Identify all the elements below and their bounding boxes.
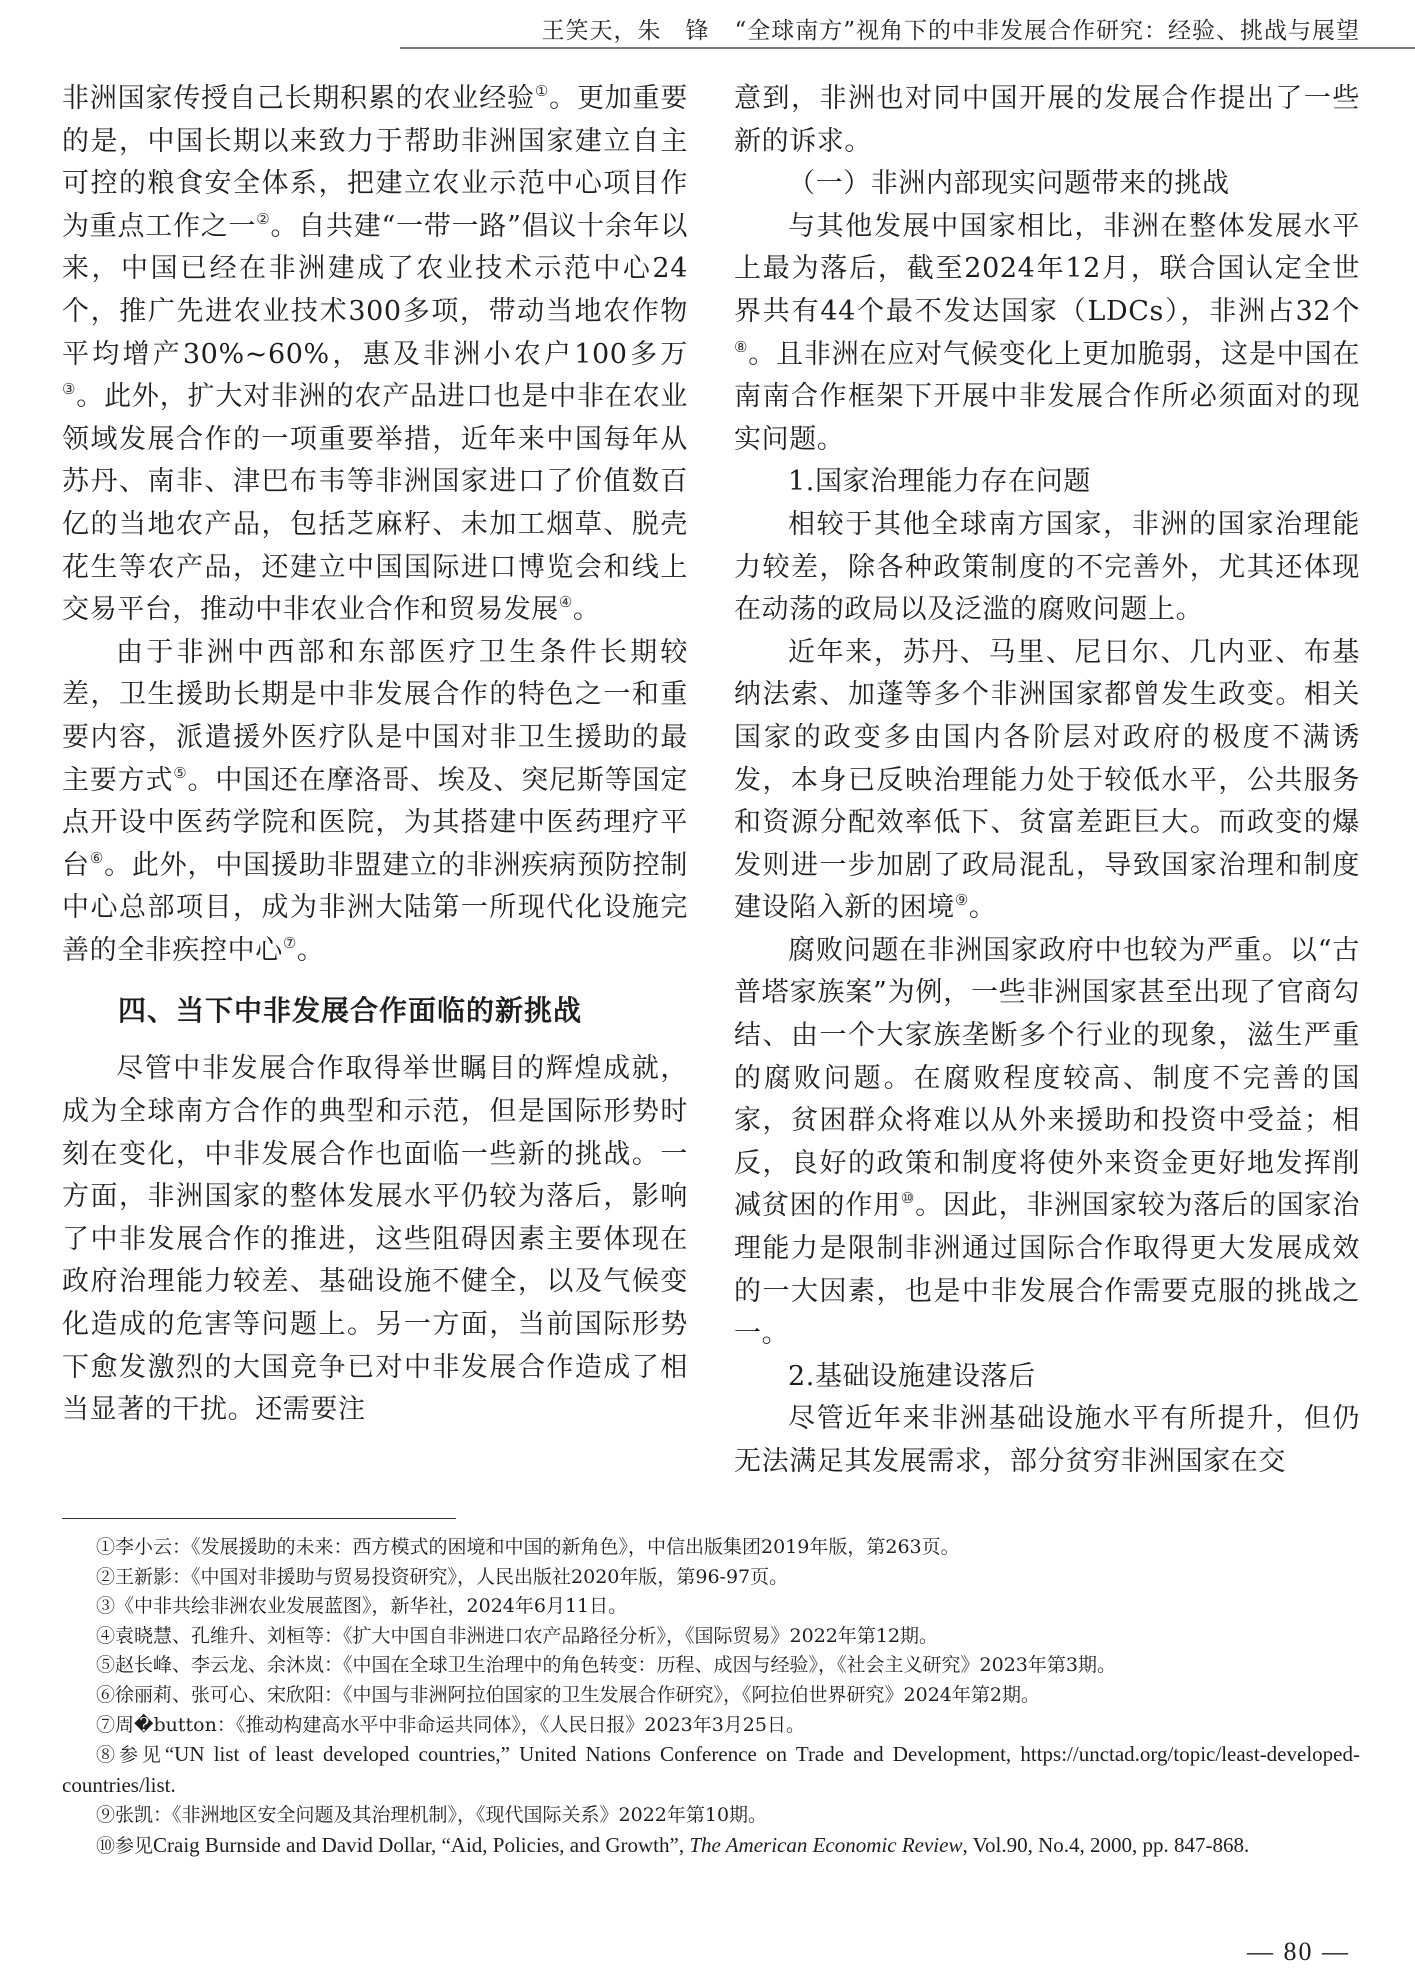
paragraph: 相较于其他全球南方国家，非洲的国家治理能力较差，除各种政策制度的不完善外，尤其还… <box>734 504 1360 632</box>
header-authors: 王笑天，朱 锋 <box>542 18 710 44</box>
footnote: ⑩参见Craig Burnside and David Dollar, “Aid… <box>62 1831 1360 1862</box>
footnote-ref[interactable]: ④ <box>559 593 573 611</box>
footnote-ref[interactable]: ⑦ <box>283 934 297 952</box>
paragraph: 尽管近年来非洲基础设施水平有所提升，但仍无法满足其发展需求，部分贫穷非洲国家在交 <box>734 1398 1360 1483</box>
paragraph: 非洲国家传授自己长期积累的农业经验①。更加重要的是，中国长期以来致力于帮助非洲国… <box>62 78 688 632</box>
footnote: ⑤赵长峰、李云龙、余沐岚：《中国在全球卫生治理中的角色转变：历程、成因与经验》，… <box>62 1651 1360 1681</box>
subsection-heading: （一）非洲内部现实问题带来的挑战 <box>734 163 1360 206</box>
paragraph: 与其他发展中国家相比，非洲在整体发展水平上最为落后，截至2024年12月，联合国… <box>734 206 1360 462</box>
paragraph: 尽管中非发展合作取得举世瞩目的辉煌成就，成为全球南方合作的典型和示范，但是国际形… <box>62 1048 688 1431</box>
left-column: 非洲国家传授自己长期积累的农业经验①。更加重要的是，中国长期以来致力于帮助非洲国… <box>62 78 688 1432</box>
footnote-ref[interactable]: ⑨ <box>955 891 969 909</box>
footnote: ②王新影：《中国对非援助与贸易投资研究》，人民出版社2020年版，第96-97页… <box>62 1563 1360 1593</box>
footnote-ref[interactable]: ⑥ <box>90 848 104 866</box>
footnote: ④袁晓慧、孔维升、刘桓等：《扩大中国自非洲进口农产品路径分析》，《国际贸易》20… <box>62 1622 1360 1652</box>
footnote: ⑥徐丽莉、张可心、宋欣阳：《中国与非洲阿拉伯国家的卫生发展合作研究》，《阿拉伯世… <box>62 1681 1360 1711</box>
paragraph: 近年来，苏丹、马里、尼日尔、几内亚、布基纳法索、加蓬等多个非洲国家都曾发生政变。… <box>734 632 1360 930</box>
paragraph: 意到，非洲也对同中国开展的发展合作提出了一些新的诉求。 <box>734 78 1360 163</box>
right-column: 意到，非洲也对同中国开展的发展合作提出了一些新的诉求。 （一）非洲内部现实问题带… <box>734 78 1360 1484</box>
paragraph: 由于非洲中西部和东部医疗卫生条件长期较差，卫生援助长期是中非发展合作的特色之一和… <box>62 632 688 973</box>
running-header: 王笑天，朱 锋 “全球南方”视角下的中非发展合作研究：经验、挑战与展望 <box>542 12 1360 45</box>
footnote: ⑦周�button：《推动构建高水平中非命运共同体》，《人民日报》2023年3月… <box>62 1711 1360 1741</box>
footnote-ref[interactable]: ② <box>256 210 270 228</box>
subsection-heading: 1.国家治理能力存在问题 <box>734 461 1360 504</box>
footnote-ref[interactable]: ③ <box>62 380 76 398</box>
page-number: — 80 — <box>1247 1937 1350 1967</box>
section-heading: 四、当下中非发展合作面临的新挑战 <box>62 990 688 1032</box>
footnote: ③《中非共绘非洲农业发展蓝图》，新华社，2024年6月11日。 <box>62 1592 1360 1622</box>
footnotes: ①李小云：《发展援助的未来：西方模式的困境和中国的新角色》，中信出版集团2019… <box>62 1533 1360 1862</box>
header-article-title: “全球南方”视角下的中非发展合作研究：经验、挑战与展望 <box>734 18 1360 44</box>
footnote-separator <box>62 1518 456 1519</box>
subsection-heading: 2.基础设施建设落后 <box>734 1356 1360 1399</box>
footnote: ⑧参见“UN list of least developed countries… <box>62 1740 1360 1801</box>
footnote-ref[interactable]: ⑩ <box>901 1189 915 1207</box>
footnote: ①李小云：《发展援助的未来：西方模式的困境和中国的新角色》，中信出版集团2019… <box>62 1533 1360 1563</box>
header-rule <box>400 47 1415 49</box>
paragraph: 腐败问题在非洲国家政府中也较为严重。以“古普塔家族案”为例，一些非洲国家甚至出现… <box>734 930 1360 1356</box>
footnote-ref[interactable]: ⑤ <box>173 763 187 781</box>
footnote-url-citation: “UN list of least developed countries,” … <box>62 1742 1360 1797</box>
journal-title: The American Economic Review <box>689 1833 962 1857</box>
footnote-ref[interactable]: ⑧ <box>734 337 748 355</box>
footnote: ⑨张凯：《非洲地区安全问题及其治理机制》，《现代国际关系》2022年第10期。 <box>62 1801 1360 1831</box>
footnote-ref[interactable]: ① <box>535 82 549 100</box>
